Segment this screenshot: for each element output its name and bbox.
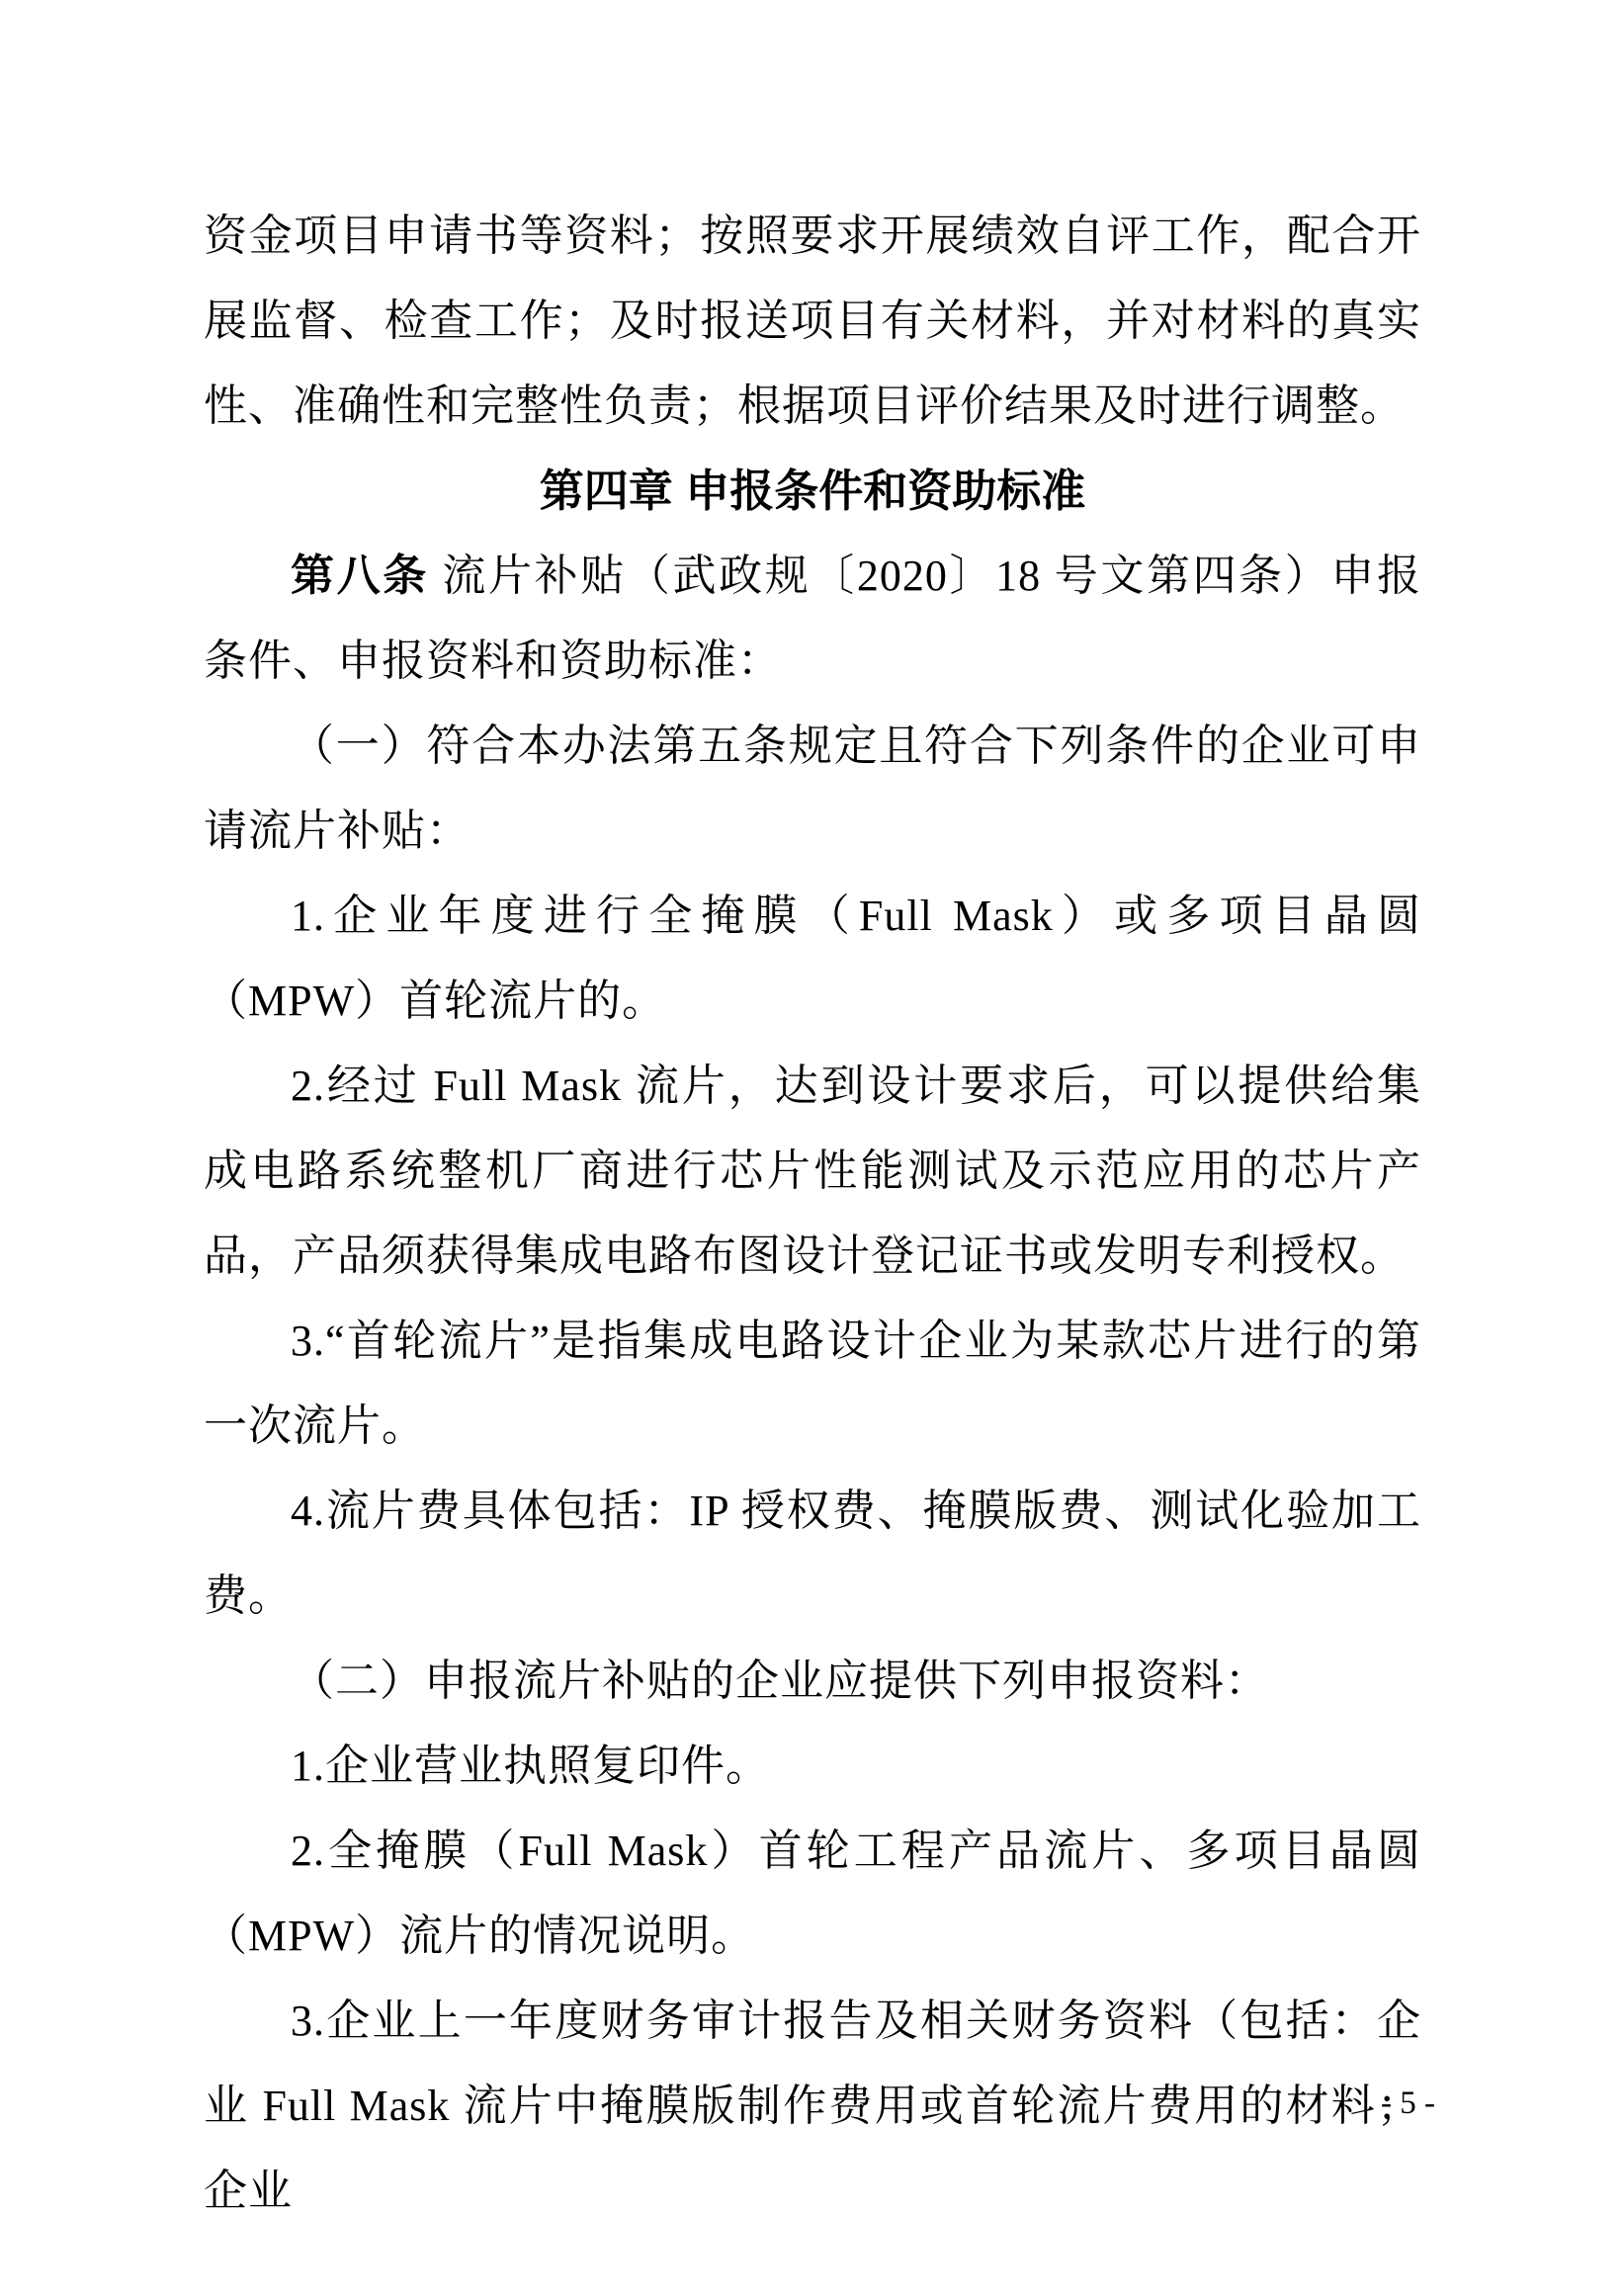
paragraph-material-3: 3.企业上一年度财务审计报告及相关财务资料（包括：企业 Full Mask 流片…: [204, 1979, 1421, 2234]
paragraph-material-1: 1.企业营业执照复印件。: [204, 1724, 1421, 1809]
paragraph-condition-2: 2.经过 Full Mask 流片，达到设计要求后，可以提供给集成电路系统整机厂…: [204, 1044, 1421, 1299]
paragraph-material-2: 2.全掩膜（Full Mask）首轮工程产品流片、多项目晶圆（MPW）流片的情况…: [204, 1809, 1421, 1979]
paragraph-item-1: （一）符合本办法第五条规定且符合下列条件的企业可申请流片补贴：: [204, 704, 1421, 874]
page-number: - 5 -: [1381, 2083, 1435, 2123]
paragraph-item-2: （二）申报流片补贴的企业应提供下列申报资料：: [204, 1639, 1421, 1724]
paragraph-condition-3: 3.“首轮流片”是指集成电路设计企业为某款芯片进行的第一次流片。: [204, 1299, 1421, 1469]
paragraph-condition-1: 1.企业年度进行全掩膜（Full Mask）或多项目晶圆（MPW）首轮流片的。: [204, 874, 1421, 1044]
chapter-heading: 第四章 申报条件和资助标准: [204, 449, 1421, 534]
paragraph-article-8: 第八条 流片补贴（武政规〔2020〕18 号文第四条）申报条件、申报资料和资助标…: [204, 534, 1421, 704]
paragraph-condition-4: 4.流片费具体包括：IP 授权费、掩膜版费、测试化验加工费。: [204, 1469, 1421, 1639]
document-body: 资金项目申请书等资料；按照要求开展绩效自评工作，配合开展监督、检查工作；及时报送…: [204, 194, 1421, 2234]
paragraph-continuation: 资金项目申请书等资料；按照要求开展绩效自评工作，配合开展监督、检查工作；及时报送…: [204, 194, 1421, 449]
article-number-bold: 第八条: [291, 552, 429, 600]
document-page: 资金项目申请书等资料；按照要求开展绩效自评工作，配合开展监督、检查工作；及时报送…: [0, 0, 1623, 2296]
